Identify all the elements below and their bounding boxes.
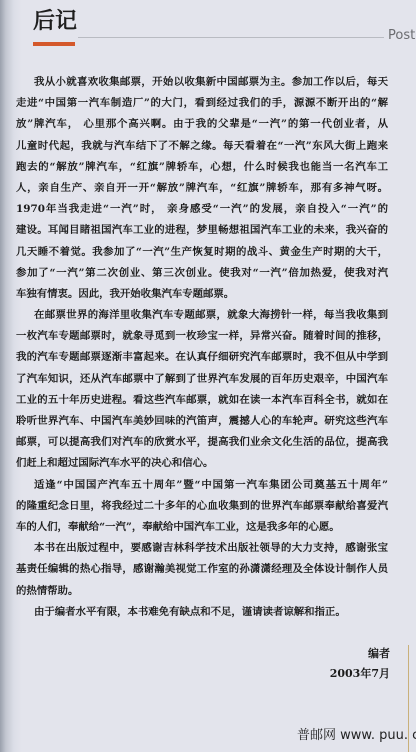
text-line: 工业的五十年历史进程。看这些汽车邮票，就如在读一本汽车百科全书，就如在 (16, 390, 388, 411)
text-line: 1970年当我走进“一汽”时， 亲身感受“一汽”的发展，亲自投入“一汽”的 (16, 199, 388, 220)
text-line: 车独有情衷。因此，我开始收集汽车专题邮票。 (16, 284, 388, 305)
text-line: 的隆重纪念日里，将我经过二十多年的心血收集到的世界汽车邮票奉献给喜爱汽 (16, 496, 388, 517)
text-line: 聆听世界汽车、中国汽车美妙回味的汽笛声，震撼人心的车轮声。研究这些汽车 (16, 411, 388, 432)
paragraph: 本书在出版过程中，要感谢吉林科学技术出版社领导的大力支持，感谢张宝 基责任编辑的… (16, 538, 388, 602)
postscript-body: 我从小就喜欢收集邮票，开始以收集新中国邮票为主。参加工作以后，每天 走进“中国第… (16, 72, 388, 623)
signature-date: 2003年7月 (330, 665, 390, 681)
signature-author: 编者 (368, 645, 390, 661)
text-line: 们赶上和超过国际汽车水平的决心和信心。 (16, 453, 388, 474)
paragraph: 适逢“中国国产汽车五十周年”暨“中国第一汽车集团公司奠基五十周年” 的隆重纪念日… (16, 475, 388, 539)
paragraph: 我从小就喜欢收集邮票，开始以收集新中国邮票为主。参加工作以后，每天 走进“中国第… (16, 72, 388, 305)
paragraph: 由于编者水平有限，本书难免有缺点和不足，谨请读者谅解和指正。 (16, 602, 388, 623)
text-line: 跑去的“解放”牌汽车，“红旗”牌轿车，心想，什么时候我也能当一名汽车工 (16, 157, 388, 178)
text-line: 适逢“中国国产汽车五十周年”暨“中国第一汽车集团公司奠基五十周年” (16, 475, 388, 496)
text-line: 我从小就喜欢收集邮票，开始以收集新中国邮票为主。参加工作以后，每天 (16, 72, 388, 93)
text-line: 放”牌汽车， 心里那个高兴啊。由于我的父辈是“一汽”的第一代创业者，从 (16, 114, 388, 135)
text-line: 儿童时代起，我就与汽车结下了不解之缘。每天看着在“一汽”东风大街上跑来 (16, 136, 388, 157)
text-line: 一枚汽车专题邮票时，就象寻觅到一枚珍宝一样，异常兴奋。随着时间的推移， (16, 326, 388, 347)
watermark: 普邮网 www. puu. cn (297, 724, 416, 743)
text-line: 由于编者水平有限，本书难免有缺点和不足，谨请读者谅解和指正。 (16, 602, 388, 623)
text-line: 我的汽车专题邮票逐渐丰富起来。在认真仔细研究汽车邮票时，我不但从中学到 (16, 347, 388, 368)
text-line: 几天睡不着觉。我参加了“一汽”生产恢复时期的战斗、黄金生产时期的大干， (16, 242, 388, 263)
text-line: 参加了“一汽”第二次创业、第三次创业。使我对“一汽”倍加热爱，使我对汽 (16, 263, 388, 284)
paragraph: 在邮票世界的海洋里收集汽车专题邮票，就象大海捞针一样，每当我收集到 一枚汽车专题… (16, 305, 388, 475)
text-line: 本书在出版过程中，要感谢吉林科学技术出版社领导的大力支持，感谢张宝 (16, 538, 388, 559)
text-line: 人，亲自生产、亲自开一开“解放”牌汽车，“红旗”牌轿车，那有多神气呀。 (16, 178, 388, 199)
text-line: 基责任编辑的热心指导，感谢瀚美视觉工作室的孙潇潇经理及全体设计制作人员 (16, 559, 388, 580)
text-line: 邮票，可以提高我们对汽车的欣赏水平，提高我们业余文化生活的品位，提高我 (16, 432, 388, 453)
english-section-label: Post (388, 28, 415, 43)
text-line: 走进“中国第一汽车制造厂”的大门，看到经过我们的手，源源不断开出的“解 (16, 93, 388, 114)
title-divider-line (78, 37, 384, 38)
text-line: 了汽车知识，还从汽车邮票中了解到了世界汽车发展的百年历史艰辛，中国汽车 (16, 369, 388, 390)
text-line: 车的人们，奉献给“一汽”，奉献给中国汽车工业，这是我多年的心愿。 (16, 517, 388, 538)
text-line: 的热情帮助。 (16, 581, 388, 602)
page-title: 后记 (33, 8, 77, 36)
text-line: 建设。耳闻目睹祖国汽车工业的进程，梦里畅想祖国汽车工业的未来，我兴奋的 (16, 220, 388, 241)
text-line: 在邮票世界的海洋里收集汽车专题邮票，就象大海捞针一样，每当我收集到 (16, 305, 388, 326)
title-accent-bar (33, 42, 75, 46)
